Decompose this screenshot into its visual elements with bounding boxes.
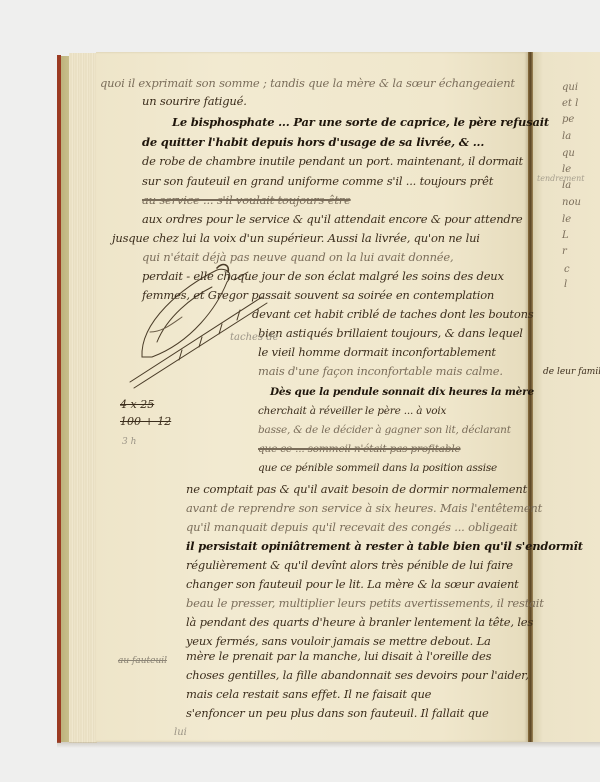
manuscript-line: que ce pénible sommeil dans la position … [258, 462, 497, 474]
manuscript-line: Le bisphosphate ... Par une sorte de cap… [172, 115, 549, 129]
manuscript-line: yeux fermés, sans vouloir jamais se mett… [186, 634, 491, 648]
margin-note: lui [174, 727, 187, 738]
manuscript-line: de quitter l'habit depuis hors d'usage d… [142, 135, 484, 149]
manuscript-line: devant cet habit criblé de taches dont l… [252, 307, 534, 321]
manuscript-line-struck: au service ... s'il voulait toujours êtr… [142, 193, 351, 207]
right-page-note: de leur famille [543, 367, 600, 377]
manuscript-line: ne comptait pas & qu'il avait besoin de … [186, 482, 527, 496]
right-page-line: l [564, 279, 567, 290]
manuscript-line: aux ordres pour le service & qu'il atten… [142, 212, 522, 226]
margin-note: taches de [230, 332, 279, 343]
manuscript-line: de robe de chambre inutile pendant un po… [142, 154, 523, 168]
manuscript-line: quoi il exprimait son somme ; tandis que… [100, 76, 515, 90]
right-page-line: qui [562, 82, 578, 93]
right-page-line: r [562, 246, 567, 257]
right-page-line: nou [562, 197, 581, 208]
manuscript-line: perdait - elle chaque jour de son éclat … [142, 269, 504, 283]
manuscript-line: cherchait à réveiller le père ... à voix [258, 405, 446, 417]
manuscript-line: le vieil homme dormait inconfortablement [258, 345, 496, 359]
right-page-line: L [562, 230, 569, 241]
manuscript-line: avant de reprendre son service à six heu… [186, 501, 542, 515]
margin-note-calculation: 100 + 12 [120, 415, 171, 428]
manuscript-line: là pendant des quarts d'heure à branler … [186, 615, 533, 629]
manuscript-line-struck: que ce ... sommeil n'était pas profitabl… [258, 443, 461, 455]
manuscript-line: mais d'une façon inconfortable mais calm… [258, 364, 503, 378]
manuscript-line: s'enfoncer un peu plus dans son fauteuil… [186, 706, 489, 720]
manuscript-line: qu'il manquait depuis qu'il recevait des… [186, 520, 517, 534]
margin-note: 3 h [122, 437, 136, 447]
right-page-line: qu [562, 148, 575, 159]
endpaper-strip [61, 56, 69, 742]
margin-note: au fauteuil [118, 656, 167, 666]
manuscript-line: régulièrement & qu'il devînt alors très … [186, 558, 513, 572]
book-shadow [57, 742, 600, 748]
manuscript-line: mais cela restait sans effet. Il ne fais… [186, 687, 431, 701]
right-page-line: la [562, 131, 571, 142]
manuscript-line: basse, & de le décider à gagner son lit,… [258, 424, 511, 436]
manuscript-line: il persistait opiniâtrement à rester à t… [186, 539, 583, 553]
manuscript-line: beau le presser, multiplier leurs petits… [186, 596, 544, 610]
manuscript-line: mère le prenait par la manche, lui disai… [186, 649, 491, 663]
manuscript-line: Dès que la pendule sonnait dix heures la… [270, 386, 534, 398]
manuscript-line: sur son fauteuil en grand uniforme comme… [142, 174, 493, 188]
right-page-margin-note: tendrement [537, 174, 584, 183]
manuscript-line: femmes, et Gregor passait souvent sa soi… [142, 288, 494, 302]
manuscript-line: changer son fauteuil pour le lit. La mèr… [186, 577, 519, 591]
page-stack-edges [69, 53, 97, 743]
right-page-line: le [562, 214, 571, 225]
manuscript-line: choses gentilles, la fille abandonnait s… [186, 668, 529, 682]
right-page-line: c [564, 264, 570, 275]
right-page-line: et l [562, 98, 578, 109]
right-page-line: pe [562, 114, 574, 125]
manuscript-line: un sourire fatigué. [142, 94, 247, 108]
manuscript-line: qui n'était déjà pas neuve quand on la l… [142, 250, 453, 264]
manuscript-line: bien astiqués brillaient toujours, & dan… [258, 326, 523, 340]
manuscript-line: jusque chez lui la voix d'un supérieur. … [112, 231, 480, 245]
margin-note-calculation: 4 x 25 [120, 398, 154, 411]
